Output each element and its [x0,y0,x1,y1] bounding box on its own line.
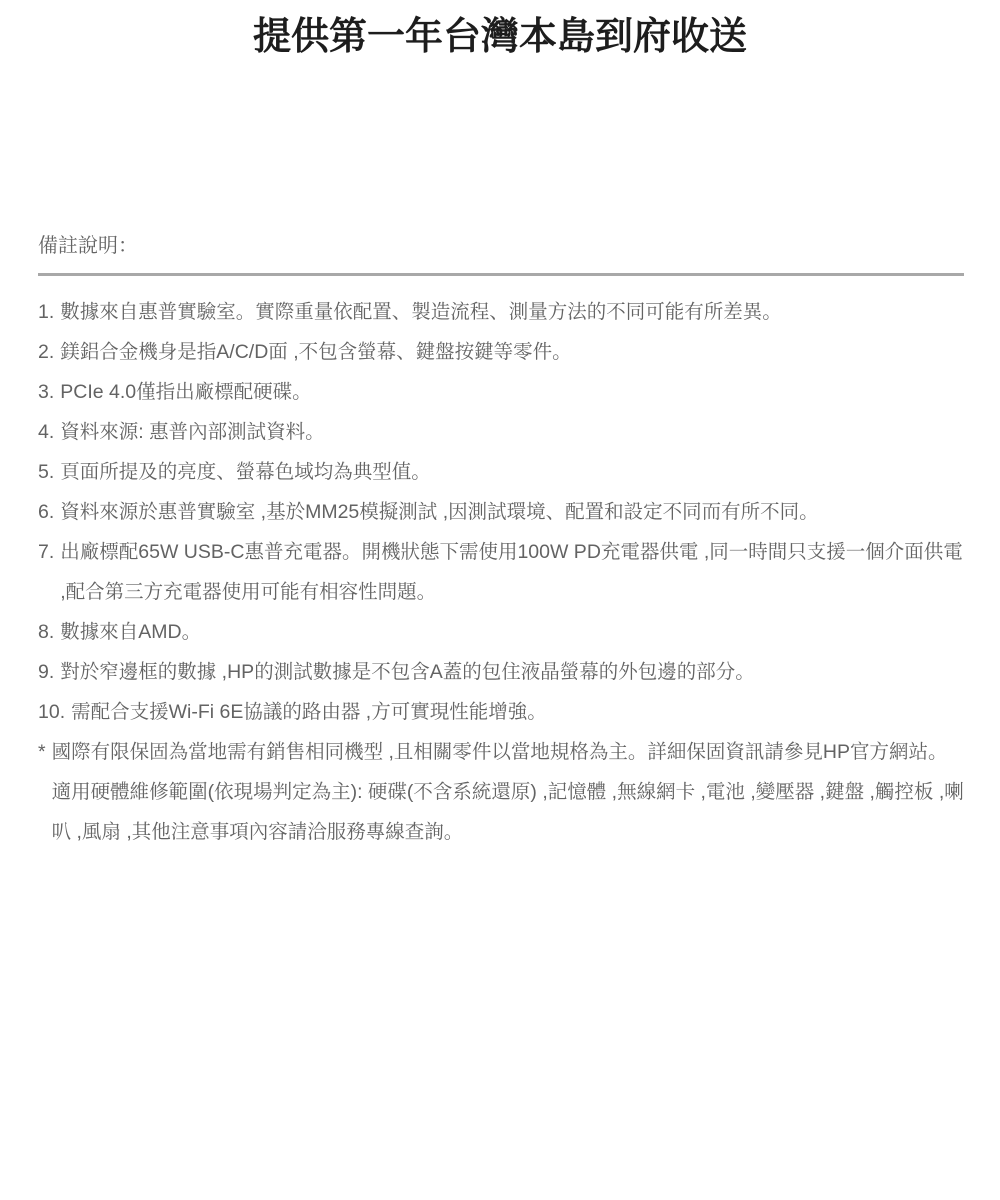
notes-section: 備註說明： 1. 數據來自惠普實驗室。實際重量依配置、製造流程、測量方法的不同可… [38,233,964,852]
note-marker: 7. [38,532,54,572]
note-marker: 1. [38,292,54,332]
note-marker: 2. [38,332,54,372]
note-text: PCIe 4.0僅指出廠標配硬碟。 [60,372,964,412]
note-text: 鎂鋁合金機身是指A/C/D面 ,不包含螢幕、鍵盤按鍵等零件。 [60,332,964,372]
note-text: 對於窄邊框的數據 ,HP的測試數據是不包含A蓋的包住液晶螢幕的外包邊的部分。 [60,652,964,692]
note-marker: 3. [38,372,54,412]
note-item: 5. 頁面所提及的亮度、螢幕色域均為典型值。 [38,452,964,492]
note-text: 資料來源於惠普實驗室 ,基於MM25模擬測試 ,因測試環境、配置和設定不同而有所… [60,492,964,532]
note-item: 7. 出廠標配65W USB-C惠普充電器。開機狀態下需使用100W PD充電器… [38,532,964,612]
note-item: 1. 數據來自惠普實驗室。實際重量依配置、製造流程、測量方法的不同可能有所差異。 [38,292,964,332]
note-text: 需配合支援Wi-Fi 6E協議的路由器 ,方可實現性能增強。 [71,692,964,732]
note-text: 出廠標配65W USB-C惠普充電器。開機狀態下需使用100W PD充電器供電 … [60,532,964,612]
note-item: 10. 需配合支援Wi-Fi 6E協議的路由器 ,方可實現性能增強。 [38,692,964,732]
note-item: 3. PCIe 4.0僅指出廠標配硬碟。 [38,372,964,412]
note-item: 4. 資料來源: 惠普內部測試資料。 [38,412,964,452]
note-marker: * [38,732,46,772]
note-text: 國際有限保固為當地需有銷售相同機型 ,且相關零件以當地規格為主。詳細保固資訊請參… [52,732,964,852]
page-title: 提供第一年台灣本島到府收送 [0,16,1000,58]
note-marker: 10. [38,692,65,732]
note-item: 9. 對於窄邊框的數據 ,HP的測試數據是不包含A蓋的包住液晶螢幕的外包邊的部分… [38,652,964,692]
note-item: * 國際有限保固為當地需有銷售相同機型 ,且相關零件以當地規格為主。詳細保固資訊… [38,732,964,852]
notes-divider [38,273,964,276]
note-marker: 6. [38,492,54,532]
note-text: 數據來自AMD。 [60,612,964,652]
note-marker: 9. [38,652,54,692]
note-marker: 8. [38,612,54,652]
note-item: 6. 資料來源於惠普實驗室 ,基於MM25模擬測試 ,因測試環境、配置和設定不同… [38,492,964,532]
note-item: 8. 數據來自AMD。 [38,612,964,652]
note-text: 頁面所提及的亮度、螢幕色域均為典型值。 [60,452,964,492]
notes-list: 1. 數據來自惠普實驗室。實際重量依配置、製造流程、測量方法的不同可能有所差異。… [38,292,964,852]
note-item: 2. 鎂鋁合金機身是指A/C/D面 ,不包含螢幕、鍵盤按鍵等零件。 [38,332,964,372]
notes-heading: 備註說明： [38,233,964,259]
note-text: 資料來源: 惠普內部測試資料。 [60,412,964,452]
note-marker: 4. [38,412,54,452]
note-marker: 5. [38,452,54,492]
note-text: 數據來自惠普實驗室。實際重量依配置、製造流程、測量方法的不同可能有所差異。 [60,292,964,332]
